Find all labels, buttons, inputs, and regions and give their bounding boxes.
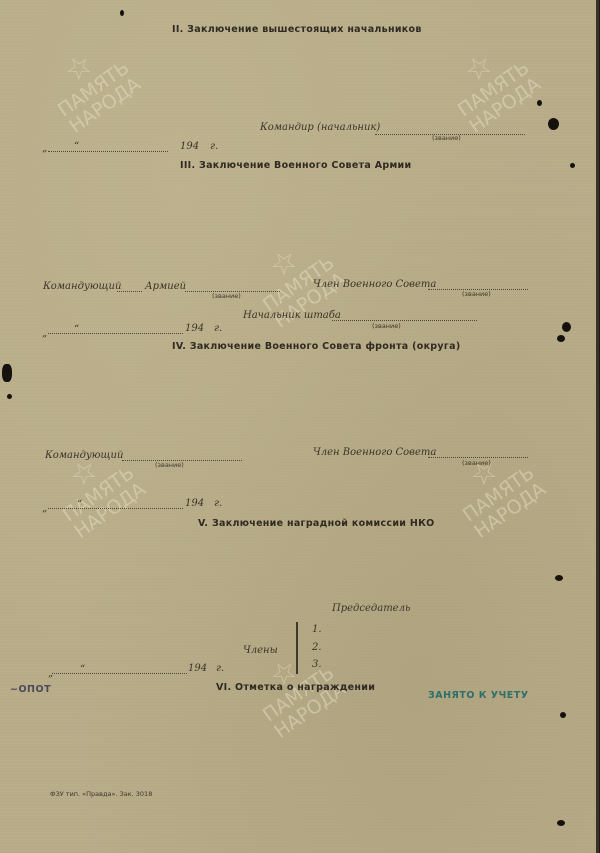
year: 194	[180, 141, 199, 152]
members-label: Члены	[243, 645, 278, 656]
council-member-signature-line[interactable]	[428, 457, 528, 458]
army-number-line[interactable]	[117, 291, 142, 292]
punch-hole	[562, 322, 571, 332]
year: 194	[185, 323, 204, 334]
star-icon: ☆	[442, 438, 526, 509]
member-number: 1.	[312, 624, 322, 635]
army-label: Армией	[145, 281, 186, 292]
punch-hole	[557, 335, 565, 342]
rank-caption: (звание)	[372, 322, 401, 330]
council-member-label: Член Военного Совета	[313, 447, 436, 458]
army-commander-label: Командующий	[43, 281, 121, 292]
year-suffix: г.	[214, 323, 222, 334]
year: 194	[188, 663, 207, 674]
year-suffix: г.	[216, 663, 224, 674]
punch-hole	[2, 364, 12, 382]
date-quote-open: „	[42, 503, 47, 514]
member-number: 2.	[312, 642, 322, 653]
date-line[interactable]	[52, 673, 187, 674]
stamp-right: ЗАНЯТО К УЧЕТУ	[428, 690, 529, 701]
rank-caption: (звание)	[212, 292, 241, 300]
members-bracket	[296, 622, 298, 674]
rank-caption: (звание)	[462, 290, 491, 298]
punch-hole	[560, 712, 566, 718]
chairman-label: Председатель	[332, 603, 410, 614]
section-6-title: VI. Отметка о награждении	[216, 682, 375, 693]
punch-hole	[557, 820, 565, 826]
section-5-title: V. Заключение наградной комиссии НКО	[198, 518, 435, 529]
punch-hole	[7, 394, 12, 399]
stamp-left: ~ОПОТ	[10, 684, 51, 695]
year: 194	[185, 498, 204, 509]
star-icon: ☆	[37, 33, 121, 104]
rank-caption: (звание)	[155, 461, 184, 469]
watermark: ☆ ПАМЯТЬНАРОДА	[437, 33, 544, 137]
star-icon: ☆	[42, 438, 126, 509]
chief-of-staff-signature-line[interactable]	[332, 320, 477, 321]
punch-hole	[570, 163, 575, 168]
council-member-label: Член Военного Совета	[313, 279, 436, 290]
watermark: ☆ ПАМЯТЬНАРОДА	[442, 438, 549, 542]
date-quote-open: „	[42, 143, 47, 154]
date-quote-open: „	[42, 328, 47, 339]
year-suffix: г.	[214, 498, 222, 509]
member-number: 3.	[312, 659, 322, 670]
punch-hole	[555, 575, 563, 581]
punch-hole	[537, 100, 542, 106]
star-icon: ☆	[437, 33, 521, 104]
date-line[interactable]	[48, 333, 183, 334]
punch-hole	[120, 10, 124, 16]
commander-label: Командир (начальник)	[260, 122, 380, 133]
rank-caption: (звание)	[432, 134, 461, 142]
punch-hole	[548, 118, 559, 130]
section-2-title: II. Заключение вышестоящих начальников	[172, 24, 422, 35]
chief-of-staff-label: Начальник штаба	[243, 310, 341, 321]
date-line[interactable]	[48, 151, 168, 152]
section-3-title: III. Заключение Военного Совета Армии	[180, 160, 411, 171]
year-suffix: г.	[210, 141, 218, 152]
printer-footer: ФЗУ тип. «Правда». Зак. 3018	[50, 790, 152, 798]
rank-caption: (звание)	[462, 459, 491, 467]
front-commander-label: Командующий	[45, 450, 123, 461]
document-page: ☆ ПАМЯТЬНАРОДА ☆ ПАМЯТЬНАРОДА ☆ ПАМЯТЬНА…	[0, 0, 599, 853]
watermark: ☆ ПАМЯТЬНАРОДА	[37, 33, 144, 137]
section-4-title: IV. Заключение Военного Совета фронта (о…	[172, 341, 461, 352]
date-line[interactable]	[48, 508, 183, 509]
